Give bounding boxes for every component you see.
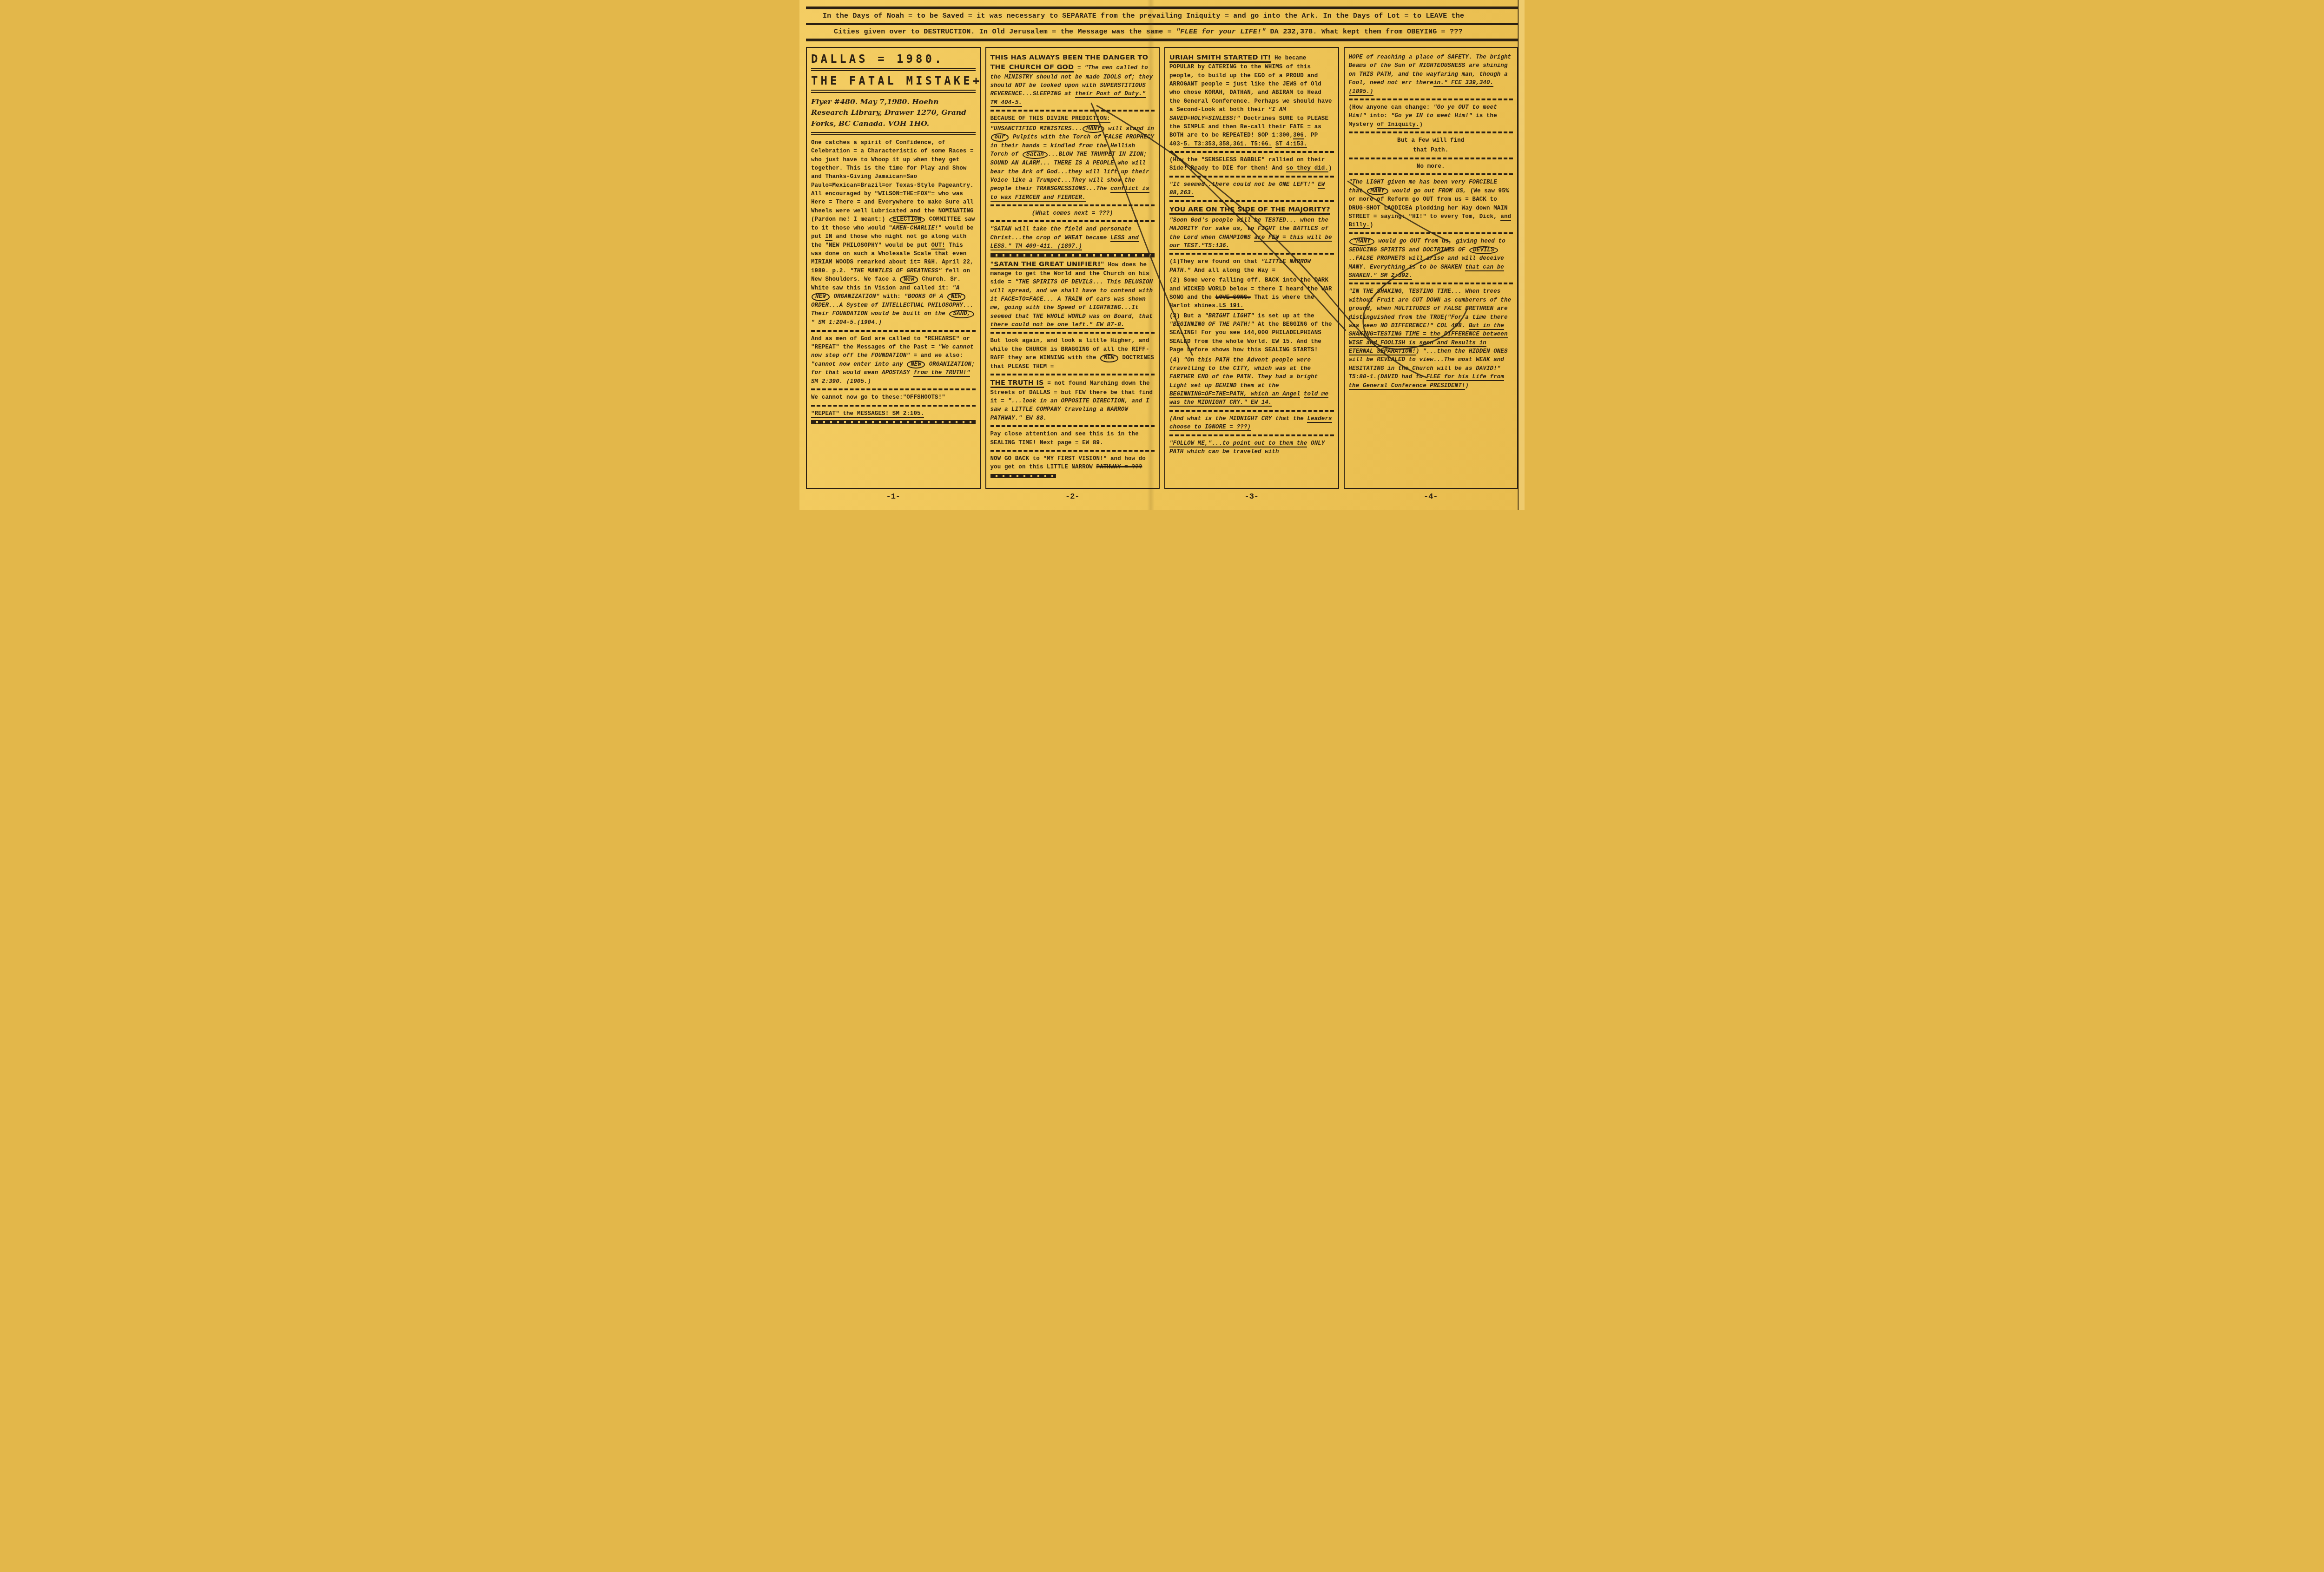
styled-text: SAFETY. bbox=[1447, 54, 1472, 60]
circled-word: our bbox=[991, 133, 1009, 142]
circled-word: MANY bbox=[1367, 187, 1388, 196]
struck-text: LOVE SONG. bbox=[1215, 294, 1251, 301]
styled-text: and Billy. bbox=[1349, 213, 1512, 229]
page-numbers: -1- -2- -3- -4- bbox=[806, 493, 1518, 501]
dashed-separator bbox=[1349, 173, 1513, 175]
styled-text: "On this PATH the Advent people were tra… bbox=[1169, 357, 1318, 389]
paragraph: "UNSANCTIFIED MINISTERS...MANY will stan… bbox=[990, 125, 1155, 202]
column-3-body: URIAH SMITH STARTED IT! He became POPULA… bbox=[1169, 53, 1334, 456]
styled-text: "FOLLOW ME,"...to point out to them the bbox=[1169, 440, 1307, 447]
dashed-separator bbox=[1349, 232, 1513, 234]
styled-text: BEGINNING=OF=THE=PATH, which an Angel bbox=[1169, 391, 1300, 398]
paragraph: But look again, and look a little Higher… bbox=[990, 336, 1155, 371]
hand-heading: THE TRUTH IS bbox=[990, 379, 1044, 388]
styled-text: "We cannot now step off the FOUNDATION" bbox=[811, 344, 974, 359]
paragraph: HOPE of reaching a place of SAFETY. The … bbox=[1349, 53, 1513, 96]
styled-text: "THE SPIRITS OF DEVILS... This DELUSION … bbox=[990, 279, 1153, 320]
hand-heading: CHURCH OF GOD bbox=[1009, 64, 1074, 72]
column-3: URIAH SMITH STARTED IT! He became POPULA… bbox=[1164, 47, 1339, 489]
dashed-separator bbox=[811, 388, 976, 390]
dashed-separator bbox=[1169, 434, 1334, 436]
double-rule bbox=[811, 68, 976, 71]
styled-text: (And what is the MIDNIGHT CRY that the bbox=[1169, 415, 1304, 422]
flyer-info: Flyer #480. May 7,1980. Hoehn Research L… bbox=[811, 96, 976, 129]
centered-line: that Path. bbox=[1349, 146, 1513, 154]
dashed-separator bbox=[1349, 132, 1513, 133]
styled-text: "...look in an OPPOSITE DIRECTION, and I… bbox=[990, 398, 1149, 421]
heavy-rule bbox=[990, 253, 1155, 257]
circled-word: Satan bbox=[1023, 151, 1048, 159]
centered-line: (What comes next = ???) bbox=[990, 209, 1155, 217]
dashed-separator bbox=[1169, 151, 1334, 153]
paragraph: THIS HAS ALWAYS BEEN THE DANGER TO THE C… bbox=[990, 53, 1155, 107]
paragraph: "The LIGHT given me has been very FORCIB… bbox=[1349, 178, 1513, 230]
circled-word: New bbox=[900, 276, 918, 284]
circled-word: NEW bbox=[907, 361, 925, 369]
styled-text: HOPE of reaching a place of bbox=[1349, 54, 1444, 60]
dashed-separator bbox=[811, 330, 976, 332]
styled-text: "Go ye IN to meet Him!" bbox=[1391, 112, 1472, 119]
paragraph: "REPEAT" the MESSAGES! SM 2:105. bbox=[811, 409, 976, 418]
dashed-separator bbox=[990, 425, 1155, 427]
page-number-4: -4- bbox=[1344, 493, 1519, 501]
styled-text: "BRIGHT LIGHT" bbox=[1205, 313, 1254, 319]
paragraph: "SATAN THE GREAT UNIFIER!" How does he m… bbox=[990, 260, 1155, 329]
styled-text: 5. T3:353,358,361. T5:66. bbox=[1183, 141, 1272, 148]
paragraph: URIAH SMITH STARTED IT! He became POPULA… bbox=[1169, 53, 1334, 148]
dashed-separator bbox=[1169, 410, 1334, 412]
paragraph: (2) Some were falling off. BACK into the… bbox=[1169, 276, 1334, 310]
styled-text: will stand in bbox=[1108, 125, 1154, 132]
dashed-separator bbox=[1349, 99, 1513, 100]
paragraph: "IN THE SHAKING, TESTING TIME... When tr… bbox=[1349, 287, 1513, 390]
page-number-1: -1- bbox=[806, 493, 981, 501]
paragraph: "SATAN will take the field and personate… bbox=[990, 225, 1155, 250]
page-number-2: -2- bbox=[985, 493, 1160, 501]
paragraph: "It seemed..there could not be ONE LEFT!… bbox=[1169, 180, 1334, 197]
styled-text: "LITTLE NARROW PATH." bbox=[1169, 258, 1311, 273]
paragraph: NOW GO BACK to "MY FIRST VISION!" and ho… bbox=[990, 454, 1155, 472]
paragraph: One catches a spirit of Confidence, of C… bbox=[811, 138, 976, 327]
styled-text: LS 191. bbox=[1219, 303, 1243, 310]
styled-text: 306 bbox=[1293, 132, 1304, 139]
styled-text: "A bbox=[952, 285, 959, 291]
dashed-separator bbox=[1169, 253, 1334, 255]
circled-word: NEW bbox=[812, 293, 830, 301]
paragraph: (And what is the MIDNIGHT CRY that the L… bbox=[1169, 414, 1334, 432]
banner-rule-bottom bbox=[806, 39, 1518, 41]
centered-line: No more. bbox=[1349, 162, 1513, 171]
paragraph: YOU ARE ON THE SIDE OF THE MAJORITY? bbox=[1169, 205, 1334, 215]
dashed-separator bbox=[1169, 200, 1334, 202]
dashed-separator bbox=[990, 204, 1155, 206]
column-2-body: THIS HAS ALWAYS BEEN THE DANGER TO THE C… bbox=[990, 53, 1155, 478]
struck-text: PATHWAY = ??? bbox=[1096, 464, 1142, 470]
page-number-3: -3- bbox=[1164, 493, 1339, 501]
column-title: DALLAS = 1980. bbox=[811, 53, 976, 66]
dashed-separator bbox=[990, 110, 1155, 112]
styled-text: IN bbox=[825, 233, 832, 241]
circled-word: NEW bbox=[1100, 354, 1118, 362]
dashed-separator bbox=[990, 332, 1155, 334]
paragraph: "MANY would go OUT from us, giving heed … bbox=[1349, 237, 1513, 280]
styled-text: ) bbox=[1465, 382, 1469, 389]
heavy-rule bbox=[811, 420, 976, 424]
circled-word: SAND, bbox=[949, 310, 974, 318]
columns: DALLAS = 1980.THE FATAL MISTAKE+Flyer #4… bbox=[806, 47, 1518, 489]
dashed-separator bbox=[1349, 283, 1513, 284]
circled-word: DEVILS bbox=[1469, 246, 1498, 255]
circled-word: MANY bbox=[1083, 125, 1104, 133]
hand-heading: URIAH SMITH STARTED IT! bbox=[1169, 54, 1271, 63]
page-edge-strip bbox=[1519, 0, 1525, 510]
page-edge bbox=[1518, 0, 1519, 510]
dashed-separator bbox=[990, 374, 1155, 375]
double-rule bbox=[811, 90, 976, 93]
circled-word: NEW bbox=[947, 293, 965, 301]
styled-text: "I AM SAVED=HOLY=SINLESS!" bbox=[1169, 106, 1286, 121]
paragraph: (3) But a "BRIGHT LIGHT" is set up at th… bbox=[1169, 312, 1334, 355]
paragraph: We cannot now go to these:"OFFSHOOTS!" bbox=[811, 393, 976, 401]
hand-heading: "SATAN THE GREAT UNIFIER!" bbox=[990, 261, 1104, 270]
styled-text: OUT! bbox=[931, 242, 945, 250]
styled-text: from the TRUTH!" bbox=[913, 369, 970, 377]
paragraph: (1)They are found on that "LITTLE NARROW… bbox=[1169, 257, 1334, 275]
paragraph: Pay close attention and see this is in t… bbox=[990, 430, 1155, 447]
styled-text: (What comes next = ???) bbox=[1032, 210, 1113, 217]
styled-text: AMEN-CHARLIE! bbox=[892, 225, 938, 231]
circled-word: "MANY bbox=[1349, 237, 1374, 246]
circled-word: ELECTION bbox=[889, 216, 925, 224]
styled-text: would go out FROM US, bbox=[1393, 188, 1467, 194]
dashed-separator bbox=[811, 405, 976, 407]
column-2: THIS HAS ALWAYS BEEN THE DANGER TO THE C… bbox=[985, 47, 1160, 489]
paragraph: (How anyone can change: "Go ye OUT to me… bbox=[1349, 103, 1513, 129]
styled-text: ST 4:153. bbox=[1275, 141, 1307, 148]
centered-line: But a Few will find bbox=[1349, 136, 1513, 145]
dashed-separator bbox=[990, 220, 1155, 222]
dashed-separator bbox=[1169, 176, 1334, 178]
column-4-body: HOPE of reaching a place of SAFETY. The … bbox=[1349, 53, 1513, 390]
styled-text: ORGANIZATION" bbox=[833, 293, 879, 300]
styled-text: BECAUSE OF THIS DIVINE PREDICTION: bbox=[990, 115, 1110, 123]
column-1-body: DALLAS = 1980.THE FATAL MISTAKE+Flyer #4… bbox=[811, 53, 976, 424]
heavy-rule bbox=[990, 474, 1056, 478]
styled-text: of Iniquity. bbox=[1377, 121, 1419, 129]
styled-text: SM 2:390. (1905.) bbox=[811, 378, 871, 385]
paragraph: And as men of God are called to "REHEARS… bbox=[811, 335, 976, 386]
scanned-flyer-page: In the Days of Noah = to be Saved = it w… bbox=[799, 0, 1525, 510]
double-rule bbox=[811, 132, 976, 135]
dashed-separator bbox=[990, 450, 1155, 452]
column-title: THE FATAL MISTAKE+ bbox=[811, 74, 976, 87]
banner-line-2: Cities given over to DESTRUCTION. In Old… bbox=[806, 25, 1518, 39]
paragraph: (How the "SENSELESS RABBLE" rallied on t… bbox=[1169, 156, 1334, 173]
paragraph: "FOLLOW ME,"...to point out to them the … bbox=[1169, 439, 1334, 456]
hand-heading: YOU ARE ON THE SIDE OF THE MAJORITY? bbox=[1169, 206, 1330, 215]
styled-text: "BEGINNING OF THE PATH!" bbox=[1169, 321, 1254, 328]
styled-text: "THE MANTLES OF GREATNESS" bbox=[850, 268, 942, 274]
styled-text: "BOOKS OF A bbox=[904, 293, 943, 300]
banner-line-1: In the Days of Noah = to be Saved = it w… bbox=[806, 9, 1518, 23]
styled-text: "UNSANCTIFIED MINISTERS... bbox=[990, 125, 1083, 132]
paragraph: THE TRUTH IS = not found Marching down t… bbox=[990, 378, 1155, 422]
column-4: HOPE of reaching a place of SAFETY. The … bbox=[1344, 47, 1519, 489]
styled-text: there could not be one left." EW 87-8. bbox=[990, 322, 1125, 329]
styled-text: "REPEAT" the MESSAGES! SM 2:105. bbox=[811, 410, 924, 418]
paragraph: (4) "On this PATH the Advent people were… bbox=[1169, 356, 1334, 407]
column-1: DALLAS = 1980.THE FATAL MISTAKE+Flyer #4… bbox=[806, 47, 981, 489]
dashed-separator bbox=[1349, 158, 1513, 159]
styled-text: so they did. bbox=[1286, 165, 1328, 172]
styled-text: "cannot now enter into any bbox=[811, 361, 903, 368]
styled-text: "It seemed..there could not be ONE LEFT!… bbox=[1169, 181, 1314, 188]
styled-text: "FLEE for your LIFE!" bbox=[1176, 28, 1266, 36]
banner: In the Days of Noah = to be Saved = it w… bbox=[806, 7, 1518, 41]
paragraph: BECAUSE OF THIS DIVINE PREDICTION: bbox=[990, 114, 1155, 123]
paragraph: "Soon God's people will be TESTED... whe… bbox=[1169, 216, 1334, 250]
styled-text: " SM 1:204-5.(1904.) bbox=[811, 319, 882, 326]
